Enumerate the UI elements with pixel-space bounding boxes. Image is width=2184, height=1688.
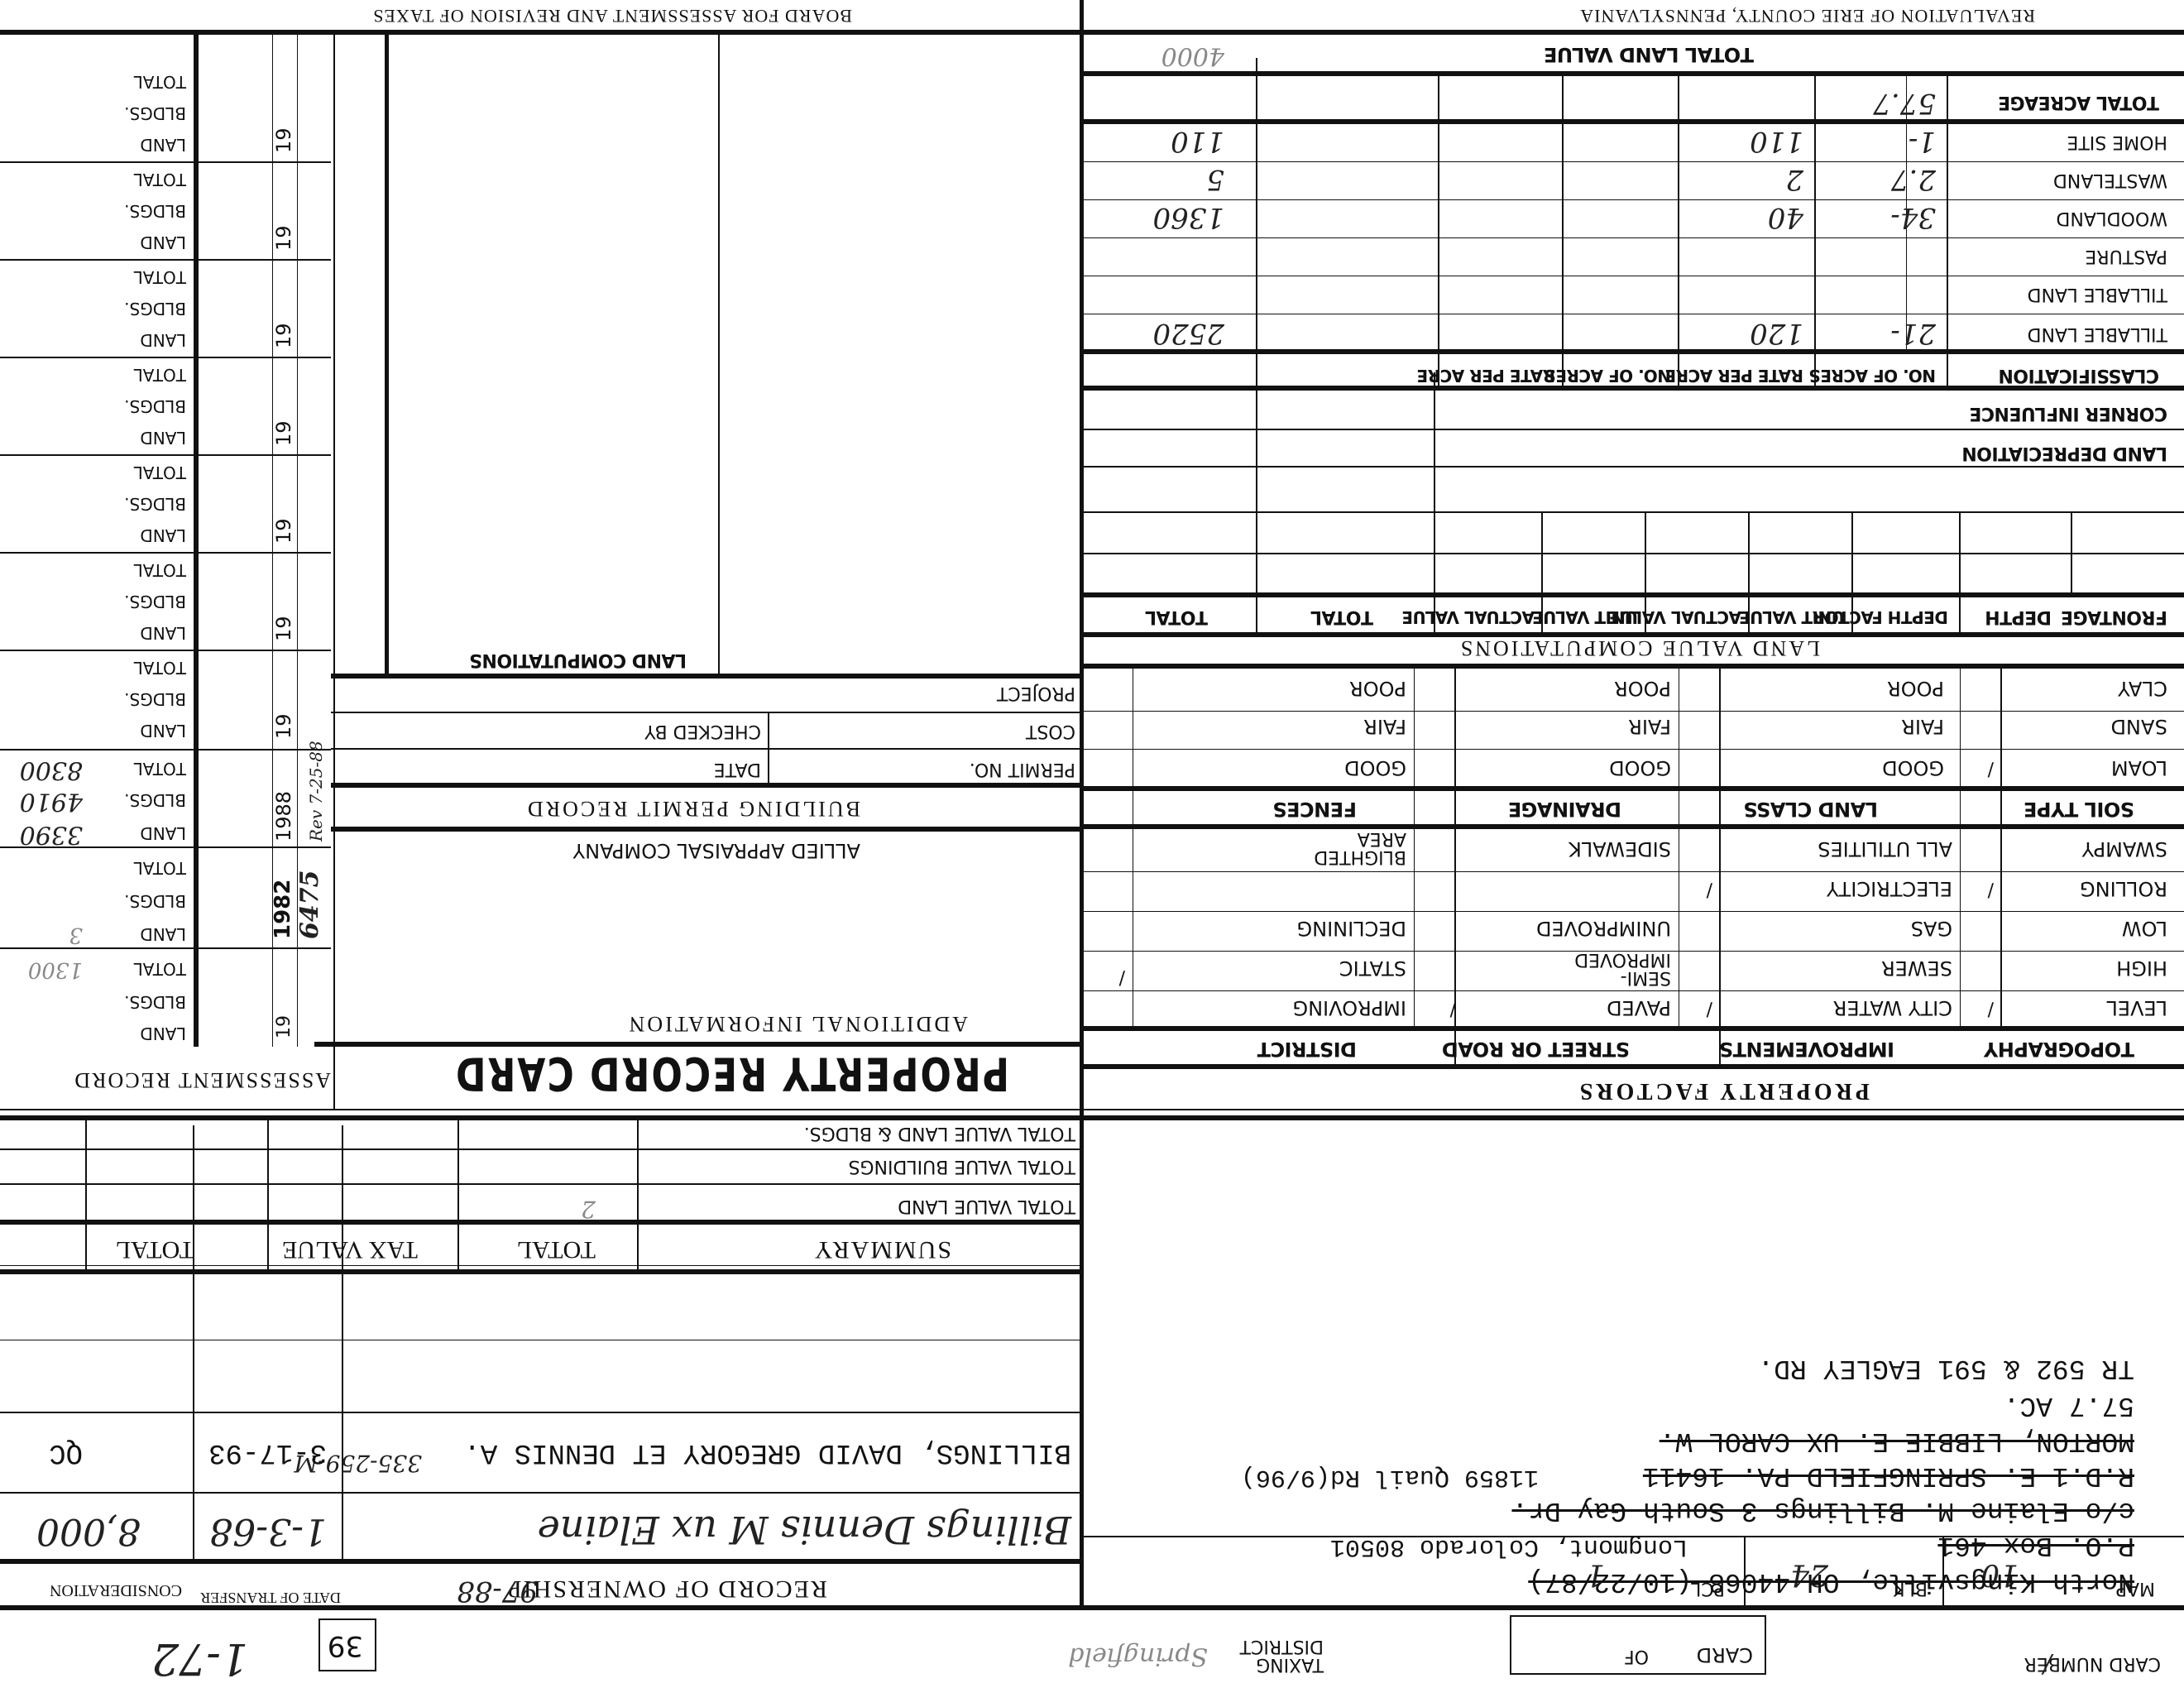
assessment-2-year: 1988 [274,791,294,842]
assessment-8-bldgs-label: BLDGS. [124,203,186,219]
assessment-2-total-label: TOTAL [134,760,186,777]
factor-rolling: ROLLING [2080,879,2167,899]
assessment-1-bldgs-label: BLDGS. [124,893,186,909]
assessment-2-bldgs: 4910 [20,789,83,813]
factor-city-water: CITY WATER [1833,998,1952,1018]
of-label: OF [1624,1647,1649,1665]
fences-good: GOOD [1344,758,1406,778]
current-address-line-0: 11859 Quail Rd(9/96) [1241,1465,1539,1489]
assessment-8-land-label: LAND [140,234,186,251]
acreage-home-site-acres: 1- [1909,127,1936,156]
header-topography: TOPOGRAPHY [1984,1039,2134,1059]
acreage-total-acres: 57.7 [1873,89,1936,117]
factor-semi-improved: SEMI-IMPROVED [1564,950,1671,986]
ownership-row-2-owner: BILLINGS, DAVID GREGORY ET DENNIS A. [463,1438,1071,1466]
card-number-value: / [2043,1652,2052,1676]
assessment-9-year: 19 [274,127,294,153]
assessment-1-note: 6475 [298,870,323,940]
assessment-3-total-label: TOTAL [134,659,186,676]
summary-total-header-1: TOTAL [517,1237,596,1262]
summary-row-land-bldgs: TOTAL VALUE LAND & BLDGS. [804,1124,1075,1142]
acreage-classification-header: CLASSIFICATION [1999,366,2159,384]
lvc-total-1: TOTAL [1310,607,1373,626]
summary-total-header-2: TOTAL [116,1237,194,1262]
assessment-record-title: ASSESSMENT RECORD [73,1069,331,1091]
acreage-wasteland-rate: 2 [1785,165,1803,194]
assessment-5-bldgs-label: BLDGS. [124,496,186,512]
assessment-1-year: 1982 [272,880,294,939]
additional-information-label: ADDITIONAL INFORMATION [627,1013,968,1034]
checked-by-label: CHECKED BY [644,722,761,740]
assessment-1-land-label: LAND [140,926,186,942]
check-loam: / [1988,760,1994,778]
summary-row-land: TOTAL VALUE LAND [898,1196,1075,1215]
ownership-row-2-date: 3-17-93 [208,1438,327,1466]
owner-line-3: R.D.1 E. SPRINGFIELD PA. 16411 [1643,1462,2134,1489]
lvc-unit-value-1: UNIT VALUE [1739,609,1845,626]
header-land-class: LAND CLASS [1744,799,1878,819]
assessment-3-bldgs-label: BLDGS. [124,691,186,707]
acreage-wasteland-value: 5 [1206,165,1224,194]
factor-all-utilities: ALL UTILITIES [1818,839,1952,859]
permit-date-label: DATE [714,760,761,778]
summary-header: SUMMARY [813,1237,951,1262]
acreage-row-tillable-2: TILLABLE LAND [2028,285,2167,303]
check-city-water: / [1707,1000,1712,1018]
assessment-5-year: 19 [274,518,294,544]
assessment-6-land-label: LAND [140,429,186,446]
factor-level: LEVEL [2107,998,2168,1018]
factor-electricity: ELECTRICITY [1827,879,1952,899]
header-improvements: IMPROVEMENTS [1719,1039,1894,1059]
lvc-unit-value-2: UNIT VALUE [1532,609,1638,626]
header-fences: FENCES [1273,799,1357,819]
soil-clay: CLAY [2118,679,2167,698]
board-title: BOARD FOR ASSESSMENT AND REVISION OF TAX… [372,7,852,25]
assessment-4-year: 19 [274,616,294,641]
assessment-6-bldgs-label: BLDGS. [124,398,186,415]
summary-row-buildings: TOTAL VALUE BUILDINGS [849,1157,1075,1175]
factor-sewer: SEWER [1881,958,1952,978]
assessment-2-note: Rev 7-25-88 [308,741,324,842]
factor-declining: DECLINING [1297,918,1406,938]
factor-blighted-area: BLIGHTED AREA [1307,829,1406,866]
assessment-2-land: 3390 [20,822,83,846]
lvc-depth: DEPTH [1985,607,2052,626]
ownership-row-2-consideration: QC [49,1438,83,1466]
assessment-7-total-label: TOTAL [134,269,186,285]
acreage-no-acres-header-1: NO. OF ACRES [1809,367,1936,384]
fences-poor: POOR [1349,679,1406,698]
assessment-8-total-label: TOTAL [134,171,186,188]
assessment-3-land-label: LAND [140,722,186,739]
soil-loam: LOAM [2111,758,2167,778]
assessment-7-bldgs-label: BLDGS. [124,300,186,317]
factor-static: STATIC [1339,958,1406,978]
land-class-fair: FAIR [1901,717,1944,736]
assessment-8-year: 19 [274,225,294,251]
stamp-number-box: 39 [318,1618,376,1671]
assessment-2-land-label: LAND [140,825,186,842]
assessment-1-land: 3 [69,924,83,946]
assessment-0-bldgs-label: BLDGS. [124,994,186,1010]
acreage-row-home-site: HOME SITE [2067,132,2167,151]
owner-line-2: MORTON, LIBBIE E. UX CAROL W. [1660,1427,2134,1455]
consideration-header: CONSIDERATION [50,1582,182,1599]
project-label: PROJECT [997,683,1075,702]
summary-row-land-total: 2 [581,1197,596,1220]
assessment-2-total: 8300 [20,757,83,782]
owner-line-6: North Kingsville, OH 44068 (10/22/87) [1528,1568,2134,1595]
acreage-row-woodland: WOODLAND [2056,209,2167,227]
assessment-9-land-label: LAND [140,137,186,153]
factor-high: HIGH [2116,958,2167,978]
owner-line-1: 57.7 AC. [2004,1392,2134,1419]
check-rolling: / [1988,880,1994,899]
lvc-actual-value-2: ACTUAL VALUE [1402,609,1535,626]
assessment-4-land-label: LAND [140,625,186,641]
assessment-0-total-label: TOTAL [134,961,186,977]
county-title: REVALUATION OF ERIE COUNTY, PENNSYLVANIA [1579,7,2035,25]
acreage-tillable-1-value: 2520 [1152,319,1224,348]
acreage-tillable-1-rate: 120 [1750,319,1803,348]
factor-low: LOW [2122,918,2167,938]
acreage-rate-header-1: RATE PER ACRE [1665,367,1803,384]
header-street-road: STREET OR ROAD [1442,1039,1630,1059]
acreage-woodland-acres: 34- [1890,204,1936,232]
assessment-7-land-label: LAND [140,332,186,348]
assessment-4-total-label: TOTAL [134,562,186,578]
factor-gas: GAS [1911,918,1952,938]
factor-swampy: SWAMPY [2082,839,2167,859]
assessment-record-table: 19 LAND BLDGS. TOTAL 1300 6475 1982 LAND… [0,35,331,1047]
property-factors-title: PROPERTY FACTORS [1577,1079,1870,1102]
acreage-row-pasture: PASTURE [2085,247,2167,265]
assessment-5-land-label: LAND [140,527,186,544]
check-static: / [1119,968,1125,986]
drainage-poor: POOR [1614,679,1671,698]
acreage-wasteland-acres: 2.7 [1891,165,1936,194]
lvc-total-2: TOTAL [1145,607,1208,626]
header-district: DISTRICT [1257,1039,1357,1059]
acreage-row-total: TOTAL ACREAGE [1999,93,2159,111]
assessment-6-total-label: TOTAL [134,367,186,383]
property-record-card-document: CARD NUMBER / CARD OF TAXING DISTRICT Sp… [0,0,2184,1688]
acreage-woodland-rate: 40 [1768,204,1803,232]
current-address-line-1: Longmont, Colorado 80501 [1330,1534,1688,1559]
owner-line-5: P.O. Box 461 [1937,1532,2134,1559]
ownership-row-0-date: 1-3-68 [209,1513,327,1549]
acreage-home-site-rate: 110 [1750,127,1803,156]
drainage-fair: FAIR [1628,717,1671,736]
land-class-poor: POOR [1887,679,1944,698]
permit-no-label: PERMIT NO. [970,760,1075,778]
handwritten-code: 1-72 [151,1637,248,1680]
assessment-2-bldgs-label: BLDGS. [124,792,186,808]
check-level: / [1988,1000,1994,1018]
assessment-0-total: 1300 [28,959,83,981]
building-permit-record-label: BUILDING PERMIT RECORD [525,798,860,819]
card-of-box: CARD OF [1510,1615,1766,1675]
factor-unimproved: UNIMPROVED [1536,918,1671,938]
land-computations-label: LAND COMPUTATIONS [470,650,687,669]
total-land-value: 4000 [1161,43,1224,68]
acreage-row-wasteland: WASTELAND [2053,170,2167,189]
owner-line-0: TR 592 & 591 EAGLEY RD. [1758,1355,2134,1382]
soil-sand: SAND [2110,717,2167,736]
ownership-row-0-owner: Billings Dennis M ux Elaine [538,1511,1071,1549]
assessment-4-bldgs-label: BLDGS. [124,593,186,610]
lvc-frontage: FRONTAGE [2062,607,2168,626]
assessment-1-total-label: TOTAL [134,860,186,876]
factor-paved: PAVED [1607,998,1671,1018]
taxing-district-value: Springfield [1068,1643,1208,1668]
acreage-row-tillable-1: TILLABLE LAND [2028,324,2167,343]
ownership-row-0-consideration: 8,000 [36,1513,141,1549]
assessment-0-land-label: LAND [140,1025,186,1042]
acreage-woodland-value: 1360 [1152,204,1224,232]
total-land-value-label: TOTAL LAND VALUE [1544,45,1754,65]
ownership-title-handwritten: 97-88 [457,1577,538,1605]
assessment-9-total-label: TOTAL [134,74,186,90]
header-soil-type: SOIL TYPE [2024,799,2135,819]
property-record-card-title: PROPERTY RECORD CARD [454,1050,1009,1096]
acreage-tillable-1-acres: 21- [1890,319,1936,348]
cost-label: COST [1026,722,1075,740]
summary-tax-header-1: TAX VALUE [282,1237,418,1262]
header-drainage: DRAINAGE [1508,799,1621,819]
assessment-3-year: 19 [274,713,294,739]
assessment-9-bldgs-label: BLDGS. [124,105,186,122]
factor-improving: IMPROVING [1293,998,1406,1018]
owner-line-4: c/o Elaine M. Billings 3 South Gay Dr. [1511,1497,2134,1524]
assessment-0-year: 19 [275,1015,294,1038]
fences-fair: FAIR [1363,717,1406,736]
drainage-good: GOOD [1609,758,1671,778]
stamp-number: 39 [328,1632,363,1660]
card-label: CARD [1697,1645,1753,1665]
date-of-transfer-header: DATE OF TRANSFER [200,1590,341,1605]
taxing-district-label: TAXING DISTRICT [1216,1637,1324,1673]
land-class-good: GOOD [1882,758,1944,778]
factor-sidewalk: SIDEWALK [1569,839,1671,859]
land-depreciation-label: LAND DEPRECIATION [1962,444,2167,462]
assessment-7-year: 19 [274,323,294,348]
assessment-6-year: 19 [274,420,294,446]
acreage-home-site-value: 110 [1171,127,1224,156]
corner-influence-label: CORNER INFLUENCE [1970,404,2167,422]
check-electricity: / [1707,880,1712,899]
assessment-5-total-label: TOTAL [134,464,186,481]
ownership-title: RECORD OF OWNERSHIP [506,1576,827,1601]
appraisal-company: ALLIED APPRAISAL COMPANY [573,841,861,861]
